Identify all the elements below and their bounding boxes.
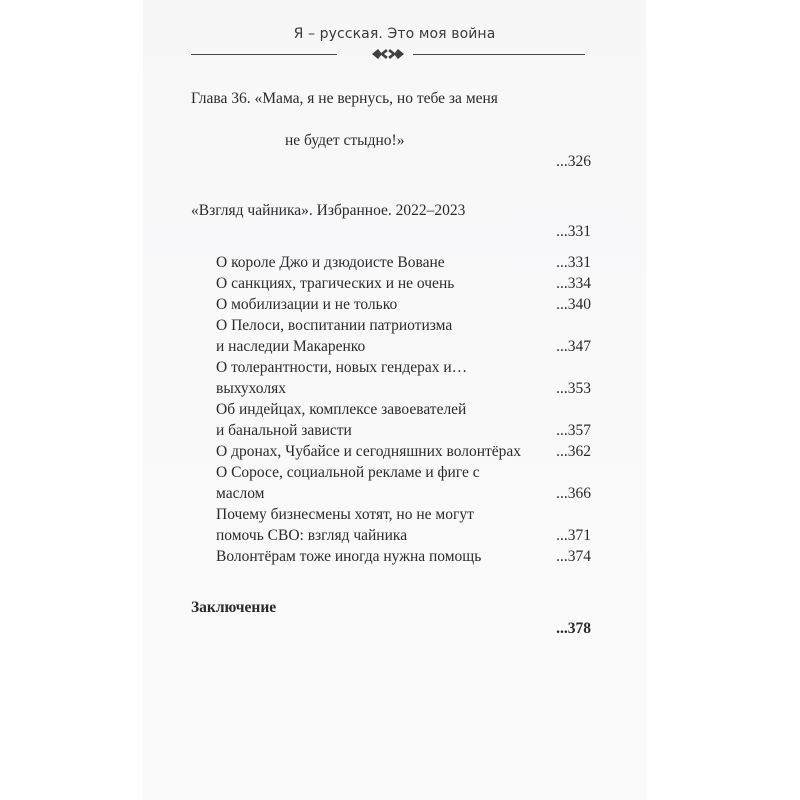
toc-entry-subsection[interactable]: О дронах, Чубайсе и сегодняшних волонтёр… (191, 441, 591, 462)
toc-page-number: ...347 (556, 336, 591, 357)
toc-entry-title-line: и наследии Макаренко (216, 336, 531, 357)
toc-page-number: ...331 (556, 252, 591, 273)
toc-page-number: ...340 (556, 294, 591, 315)
toc-entry-subsection[interactable]: О короле Джо и дзюдоисте Воване...331 (191, 252, 591, 273)
header-rule-left (191, 54, 337, 55)
toc-entry-subsection[interactable]: О Соросе, социальной рекламе и фиге с ма… (191, 462, 591, 504)
toc-entry-title-line: О толерантности, новых гендерах и… выхух… (216, 357, 531, 399)
toc-page-number: ...366 (556, 483, 591, 504)
toc-page-number: ...378 (556, 618, 591, 639)
toc-page-number: ...357 (556, 420, 591, 441)
toc-page-number: ...326 (556, 151, 591, 172)
toc-entry-title-line: О Соросе, социальной рекламе и фиге с ма… (216, 462, 531, 504)
toc-entry-chapter-36[interactable]: Глава 36. «Мама, я не вернусь, но тебе з… (191, 67, 591, 172)
toc-page-number: ...353 (556, 378, 591, 399)
toc-entry-title-line: О мобилизации и не только (216, 294, 531, 315)
toc-entry-title-line: Почему бизнесмены хотят, но не могут (216, 504, 531, 525)
diamond-ornament-icon (368, 46, 408, 62)
toc-entry-title-line: и банальной зависти (216, 420, 531, 441)
toc-entry-subsection[interactable]: Почему бизнесмены хотят, но не могутпомо… (191, 504, 591, 546)
header-rule-right (413, 54, 585, 55)
toc-page-number: ...371 (556, 525, 591, 546)
toc-entry-subsection[interactable]: Об индейцах, комплексе завоевателейи бан… (191, 399, 591, 441)
toc-page-number: ...362 (556, 441, 591, 462)
toc-entry-subsection[interactable]: Волонтёрам тоже иногда нужна помощь...37… (191, 546, 591, 567)
toc-entry-title-line: Глава 36. «Мама, я не вернусь, но тебе з… (191, 88, 531, 109)
toc-entry-conclusion[interactable]: Заключение ...378 (191, 576, 591, 639)
toc-entry-title-line: Волонтёрам тоже иногда нужна помощь (216, 546, 531, 567)
toc-entry-title-line: О санкциях, трагических и не очень (216, 273, 531, 294)
toc-page-number: ...374 (556, 546, 591, 567)
book-page: Я – русская. Это моя война Глава 36. «Ма… (143, 0, 646, 800)
table-of-contents: Глава 36. «Мама, я не вернусь, но тебе з… (191, 67, 591, 639)
toc-entry-title-line: О короле Джо и дзюдоисте Воване (216, 252, 531, 273)
toc-entry-subsection[interactable]: О санкциях, трагических и не очень...334 (191, 273, 591, 294)
toc-entry-section[interactable]: «Взгляд чайника». Избранное. 2022–2023 .… (191, 179, 591, 242)
toc-entry-title-line: помочь СВО: взгляд чайника (216, 525, 531, 546)
toc-page-number: ...331 (556, 221, 591, 242)
toc-entry-title-line: О Пелоси, воспитании патриотизма (216, 315, 531, 336)
toc-entry-title-line: Заключение (191, 597, 531, 618)
toc-entry-subsection[interactable]: О толерантности, новых гендерах и… выхух… (191, 357, 591, 399)
toc-page-number: ...334 (556, 273, 591, 294)
toc-entry-subsection[interactable]: О мобилизации и не только...340 (191, 294, 591, 315)
toc-entry-title-line: О дронах, Чубайсе и сегодняшних волонтёр… (216, 441, 531, 462)
toc-entry-title-line: Об индейцах, комплексе завоевателей (216, 399, 531, 420)
toc-entry-title-line: «Взгляд чайника». Избранное. 2022–2023 (191, 200, 531, 221)
running-header: Я – русская. Это моя война (143, 26, 646, 42)
toc-entry-title-line: не будет стыдно!» (191, 130, 531, 151)
toc-entry-subsection[interactable]: О Пелоси, воспитании патриотизмаи наслед… (191, 315, 591, 357)
